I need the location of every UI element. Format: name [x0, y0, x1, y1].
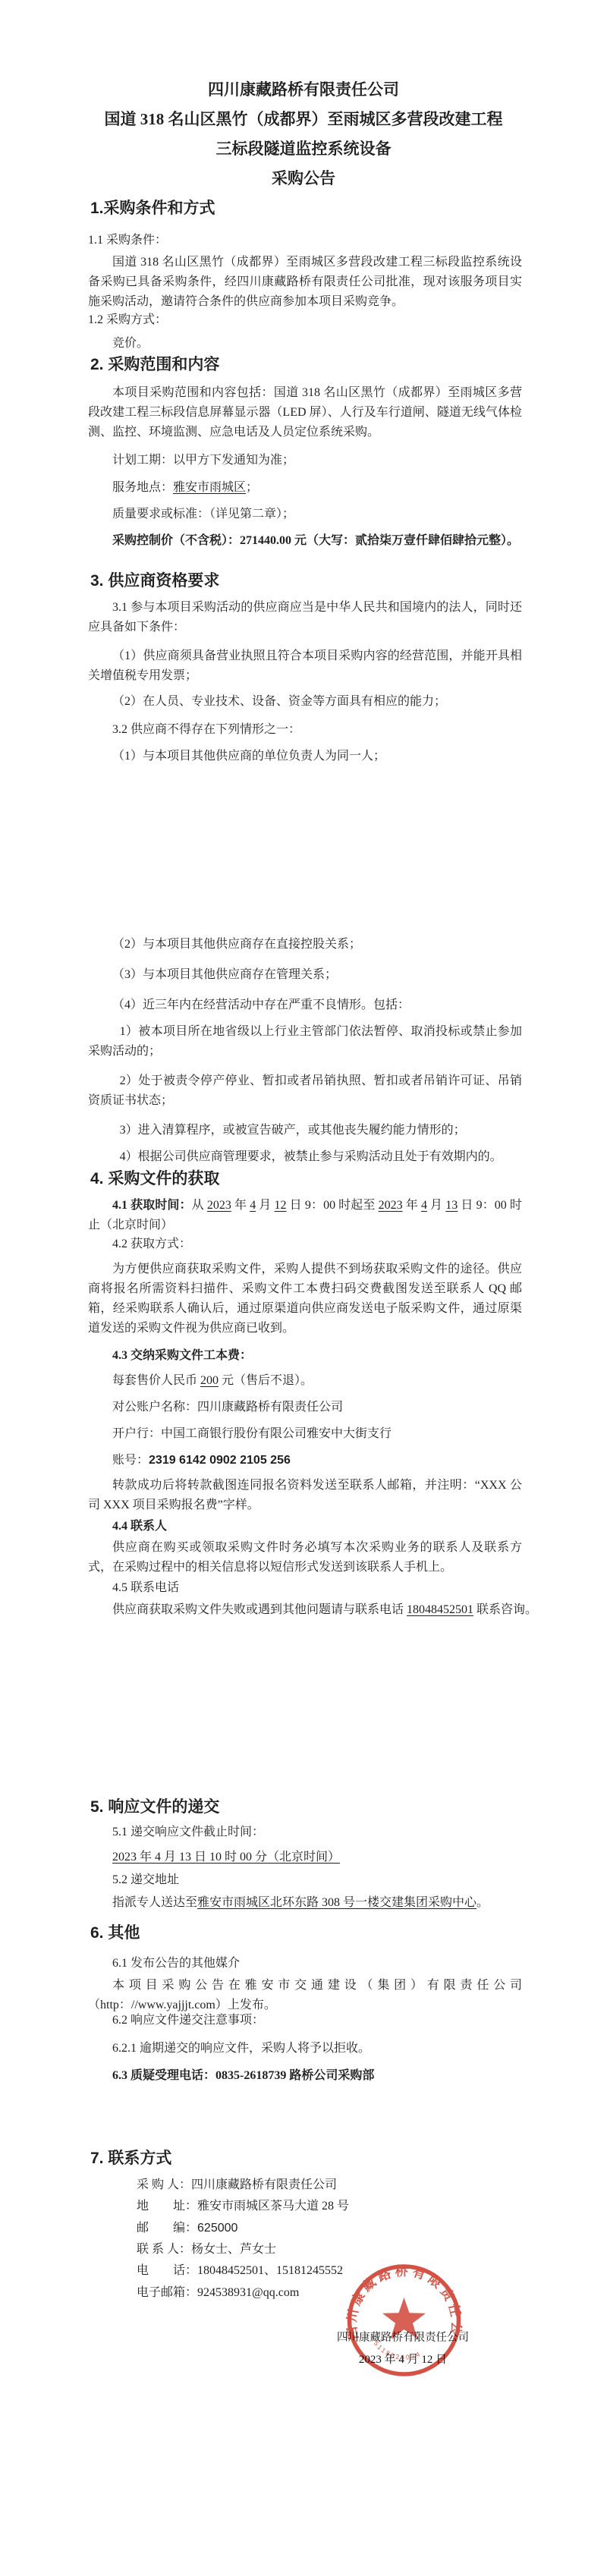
section-5-heading: 5. 响应文件的递交	[90, 1797, 219, 1818]
clause-3-1-paragraph: 3.1 参与本项目采购活动的供应商应当是中华人民共和国境内的法人，同时还应具备如…	[88, 598, 522, 637]
section-7-heading: 7. 联系方式	[90, 2148, 171, 2169]
help-phone-line: 供应商获取采购文件失败或遇到其他问题请与联系电话 18048452501 联系咨…	[88, 1600, 527, 1620]
contact-purchaser-value: 四川康藏路桥有限责任公司	[191, 2178, 337, 2191]
section-6-heading: 6. 其他	[90, 1923, 140, 1944]
contact-address-label: 地 址：	[112, 2197, 197, 2216]
account-name-line: 对公账户名称：四川康藏路桥有限责任公司	[88, 1398, 527, 1417]
contact-person-paragraph: 供应商在购买或领取采购文件时务必填写本次采购业务的联系人及联系方式，在采购过程中…	[88, 1538, 522, 1577]
scope-paragraph: 本项目采购范围和内容包括：国道 318 名山区黑竹（成都界）至雨城区多营段改建工…	[88, 383, 522, 442]
contact-person-label: 联 系 人：	[112, 2240, 191, 2260]
clause-6-1-label: 6.1 发布公告的其他媒介	[88, 1954, 527, 1974]
title-line-announcement: 采购公告	[0, 164, 607, 193]
prohibited-item-2: （2）与本项目其他供应商存在直接控股关系；	[88, 935, 527, 955]
clause-1-1-paragraph: 国道 318 名山区黑竹（成都界）至雨城区多营段改建工程三标段监控系统设备采购已…	[88, 253, 522, 312]
control-price-line: 采购控制价（不含税）：271440.00 元（大写：贰拾柒万壹仟肆佰肆拾元整）。	[88, 531, 527, 551]
document-fee-line: 每套售价人民币 200 元（售后不退）。	[88, 1371, 527, 1391]
title-line-lot: 三标段隧道监控系统设备	[0, 134, 607, 164]
obtain-method-paragraph: 为方便供应商获取采购文件，采购人提供不到场获取采购文件的途径。供应商将报名所需资…	[88, 1260, 522, 1338]
clause-6-2-1-line: 6.2.1 逾期递交的响应文件，采购人将予以拒收。	[88, 2039, 527, 2059]
contact-address-value: 雅安市雨城区茶马大道 28 号	[197, 2200, 349, 2213]
title-line-project: 国道 318 名山区黑竹（成都界）至雨城区多营段改建工程	[0, 105, 607, 134]
prohibited-item-1: （1）与本项目其他供应商的单位负责人为同一人；	[88, 747, 527, 766]
clause-4-5-label: 4.5 联系电话	[88, 1578, 527, 1598]
account-number-line: 账号：2319 6142 0902 2105 256	[88, 1451, 527, 1470]
publish-media-paragraph: 本项目采购公告在雅安市交通建设（集团）有限责任公司（http：//www.yaj…	[88, 1976, 522, 2015]
contact-phone-value: 18048452501、15181245552	[197, 2264, 343, 2277]
clause-1-1-label: 1.1 采购条件：	[88, 231, 527, 250]
clause-3-2-label: 3.2 供应商不得存在下列情形之一：	[88, 720, 527, 740]
qualification-item-1: （1）供应商须具备营业执照且符合本项目采购内容的经营范围，并能开具相关增值税专用…	[88, 646, 522, 686]
signature-company: 四川康藏路桥有限责任公司	[335, 2330, 471, 2345]
bad-record-item-3: 3）进入清算程序，或被宣告破产，或其他丧失履约能力情形的；	[88, 1121, 527, 1140]
clause-1-2-label: 1.2 采购方式：	[88, 310, 527, 330]
contact-purchaser-label: 采 购 人：	[112, 2175, 191, 2195]
plan-duration-line: 计划工期：以甲方下发通知为准；	[88, 451, 527, 470]
prohibited-item-3: （3）与本项目其他供应商存在管理关系；	[88, 965, 527, 985]
bad-record-item-1: 1）被本项目所在地省级以上行业主管部门依法暂停、取消投标或禁止参加采购活动的；	[88, 1022, 522, 1062]
query-phone-line: 6.3 质疑受理电话：0835-2618739 路桥公司采购部	[88, 2066, 527, 2086]
transfer-note-paragraph: 转款成功后将转款截图连同报名资料发送至联系人邮箱，并注明：“XXX 公司 XXX…	[88, 1476, 522, 1515]
clause-4-3-label: 4.3 交纳采购文件工本费：	[88, 1346, 527, 1366]
submission-deadline-line: 2023 年 4 月 13 日 10 时 00 分（北京时间）	[88, 1848, 527, 1867]
clause-5-2-label: 5.2 递交地址	[88, 1870, 527, 1890]
contact-email-value: 924538931@qq.com	[197, 2286, 299, 2299]
signature-date: 2023 年 4 月 12 日	[340, 2352, 466, 2367]
account-number-label: 账号：	[112, 1454, 149, 1467]
contact-postcode-line: 邮 编：625000	[88, 2219, 527, 2238]
submission-address-line: 指派专人送达至雅安市雨城区北环东路 308 号一楼交建集团采购中心。	[88, 1893, 527, 1913]
clause-4-4-label: 4.4 联系人	[88, 1517, 527, 1536]
contact-postcode-label: 邮 编：	[112, 2219, 197, 2238]
document-title: 四川康藏路桥有限责任公司 国道 318 名山区黑竹（成都界）至雨城区多营段改建工…	[0, 75, 607, 193]
obtain-time-paragraph: 4.1 获取时间：从 2023 年 4 月 12 日 9：00 时起至 2023…	[88, 1196, 522, 1235]
account-number-value: 2319 6142 0902 2105 256	[149, 1454, 291, 1467]
document-page: 四川康藏路桥有限责任公司 国道 318 名山区黑竹（成都界）至雨城区多营段改建工…	[0, 0, 607, 2576]
contact-postcode-value: 625000	[197, 2222, 237, 2235]
contact-person-line: 联 系 人：杨女士、芦女士	[88, 2240, 527, 2260]
bad-record-item-2: 2）处于被责令停产停业、暂扣或者吊销执照、暂扣或者吊销许可证、吊销资质证书状态；	[88, 1071, 522, 1111]
contact-address-line: 地 址：雅安市雨城区茶马大道 28 号	[88, 2197, 527, 2216]
clause-6-2-label: 6.2 响应文件递交注意事项：	[88, 2011, 527, 2030]
title-line-company: 四川康藏路桥有限责任公司	[0, 75, 607, 105]
qualification-item-2: （2）在人员、专业技术、设备、资金等方面具有相应的能力；	[88, 692, 527, 712]
service-location-line: 服务地点：雅安市雨城区；	[88, 478, 527, 498]
bad-record-item-4: 4）根据公司供应商管理要求，被禁止参与采购活动且处于有效期内的。	[88, 1147, 527, 1167]
clause-5-1-label: 5.1 递交响应文件截止时间：	[88, 1823, 527, 1842]
contact-email-label: 电子邮箱：	[112, 2283, 197, 2303]
prohibited-item-4: （4）近三年内在经营活动中存在严重不良情形。包括：	[88, 995, 527, 1015]
contact-purchaser-line: 采 购 人：四川康藏路桥有限责任公司	[88, 2175, 527, 2195]
contact-person-value: 杨女士、芦女士	[191, 2243, 276, 2256]
clause-1-2-value: 竞价。	[88, 334, 527, 354]
clause-4-2-label: 4.2 获取方式：	[88, 1235, 527, 1254]
section-3-heading: 3. 供应商资格要求	[90, 571, 219, 592]
section-4-heading: 4. 采购文件的获取	[90, 1168, 219, 1190]
section-1-heading: 1.采购条件和方式	[90, 198, 215, 219]
section-2-heading: 2. 采购范围和内容	[90, 354, 219, 376]
quality-standard-line: 质量要求或标准：（详见第二章）；	[88, 505, 527, 524]
contact-phone-label: 电 话：	[112, 2261, 197, 2281]
bank-line: 开户行：中国工商银行股份有限公司雅安中大街支行	[88, 1424, 527, 1444]
